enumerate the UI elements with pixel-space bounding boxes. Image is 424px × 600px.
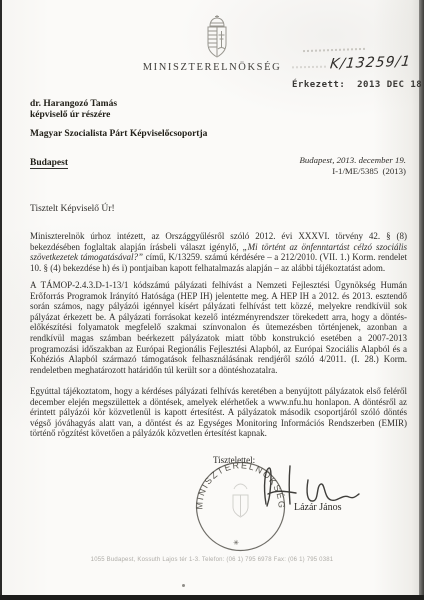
- date-block: Budapest, 2013. december 19. I-1/ME/5385…: [299, 155, 406, 177]
- addressee-role: képviselő úr részére: [30, 110, 207, 121]
- reference-number: I-1/ME/5385 (2013): [299, 166, 406, 177]
- scan-edge-bottom: [0, 595, 424, 600]
- salutation: Tisztelt Képviselő Úr!: [30, 204, 115, 214]
- paragraph-1: Miniszterelnök úrhoz intézett, az Ország…: [30, 231, 407, 273]
- addressee-group: Magyar Szocialista Párt Képviselőcsoport…: [30, 129, 207, 140]
- place-and-date: Budapest, 2013. december 19.: [299, 155, 406, 166]
- handwritten-document-number: K/13259/1: [329, 54, 412, 73]
- scan-edge-right: [419, 0, 424, 600]
- signer-name: Lázár János: [294, 502, 341, 513]
- scan-speck: [182, 584, 185, 587]
- paragraph-3: Egyúttal tájékoztatom, hogy a kérdéses p…: [30, 386, 407, 439]
- scan-edge-left: [0, 0, 2, 600]
- paragraph-2: A TÁMOP-2.4.3.D-1-13/1 kódszámú pályázat…: [30, 280, 407, 375]
- addressee-name: dr. Harangozó Tamás: [30, 99, 207, 110]
- faint-stamp-smudge: [303, 48, 365, 52]
- scanned-letter-page: MINISZTERELNÖKSÉG K/13259/1 Érkezett: 20…: [0, 0, 424, 600]
- received-date-stamp: Érkezett: 2013 DEC 18.: [292, 80, 424, 90]
- hungarian-coat-of-arms-icon: [197, 14, 237, 62]
- footer-address-line: 1055 Budapest, Kossuth Lajos tér 1-3. Te…: [0, 557, 424, 563]
- addressee-city: Budapest: [30, 158, 68, 169]
- addressee-block: dr. Harangozó Tamás képviselő úr részére…: [30, 99, 207, 140]
- stamp-star: ✳: [233, 539, 239, 547]
